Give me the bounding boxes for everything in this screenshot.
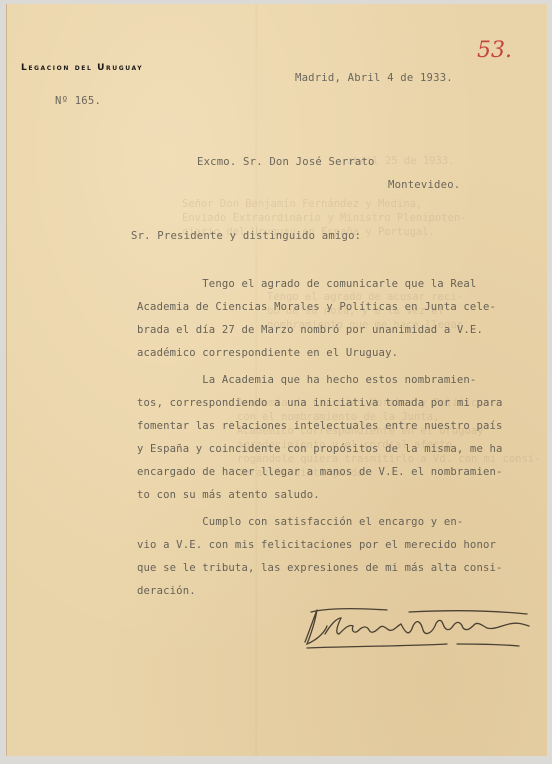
body-line: deración. (137, 585, 196, 597)
body-line: to con su más atento saludo. (137, 489, 320, 501)
letter-page: abril 25 de 1933. Señor Don Benjamín Fer… (6, 4, 547, 756)
body-line: fomentar las relaciones intelectuales en… (137, 420, 503, 432)
body-line: tos, correspondiendo a una iniciativa to… (137, 397, 503, 409)
folio-number: 53. (477, 38, 512, 63)
handwritten-signature (297, 604, 537, 654)
recipient-name: Excmo. Sr. Don José Serrato (197, 156, 375, 168)
body-line: Cumplo con satisfacción el encargo y en- (137, 516, 463, 528)
body-line: Tengo el agrado de comunicarle que la Re… (137, 278, 476, 290)
body-line: que se le tributa, las expresiones de mi… (137, 562, 503, 574)
body-line: La Academia que ha hecho estos nombramie… (137, 374, 476, 386)
body-line: Academia de Ciencias Morales y Políticas… (137, 301, 496, 313)
place-date: Madrid, Abril 4 de 1933. (295, 72, 453, 84)
salutation: Sr. Presidente y distinguido amigo: (131, 230, 361, 242)
letterhead: Legacion del Uruguay (21, 63, 143, 73)
reference-number: Nº 165. (55, 95, 101, 107)
body-line: brada el día 27 de Marzo nombró por unan… (137, 324, 483, 336)
body-line: vio a V.E. con mis felicitaciones por el… (137, 539, 496, 551)
recipient-city: Montevideo. (388, 179, 460, 191)
body-line: académico correspondiente en el Uruguay. (137, 347, 398, 359)
body-line: encargado de hacer llegar a manos de V.E… (137, 466, 503, 478)
body-line: y España y coincidente con propósitos de… (137, 443, 503, 455)
